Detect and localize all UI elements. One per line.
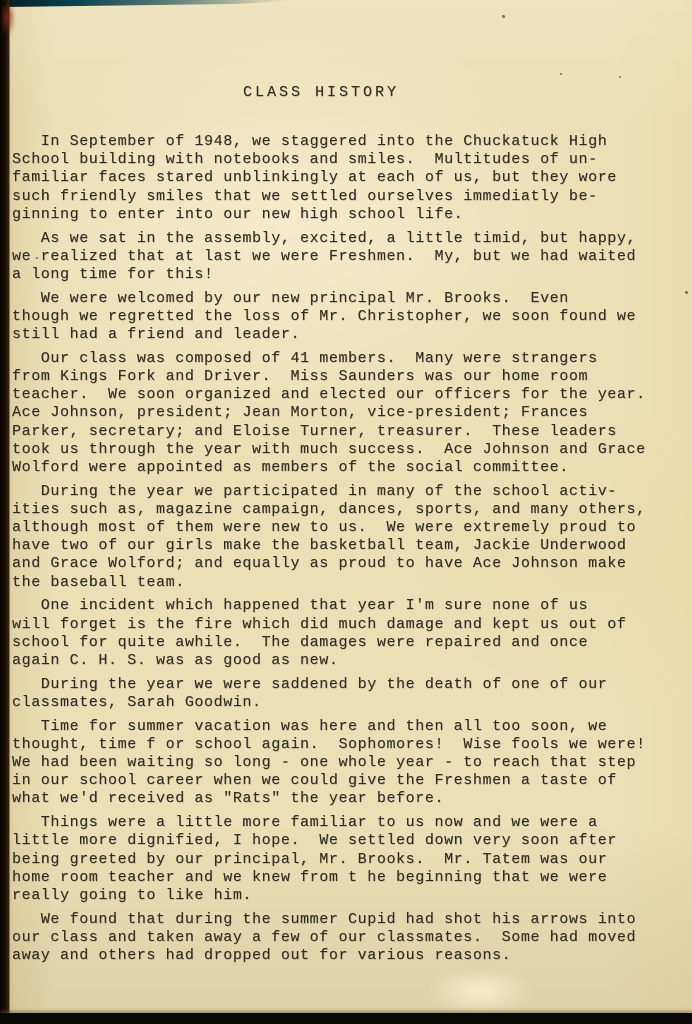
paragraph-activities: During the year we participated in many …	[12, 483, 674, 592]
paper-stain	[428, 968, 533, 1014]
paragraph-principal-welcome: We were welcomed by our new principal Mr…	[12, 290, 674, 345]
scan-bottom-edge	[0, 1013, 692, 1024]
page-title: CLASS HISTORY	[243, 84, 674, 102]
paragraph-freshman-arrival: In September of 1948, we staggered into …	[12, 133, 674, 224]
paragraph-classmate-death: During the year we were saddened by the …	[12, 676, 674, 712]
page-content: CLASS HISTORY In September of 1948, we s…	[0, 0, 692, 971]
paragraph-new-teachers: Things were a little more familiar to us…	[12, 814, 674, 905]
scanned-yearbook-page: CLASS HISTORY In September of 1948, we s…	[0, 0, 692, 1024]
paragraph-cupid: We found that during the summer Cupid ha…	[12, 911, 674, 966]
paragraph-assembly: As we sat in the assembly, excited, a li…	[12, 230, 674, 285]
paragraph-class-officers: Our class was composed of 41 members. Ma…	[12, 350, 674, 477]
paragraph-fire-incident: One incident which happened that year I'…	[12, 597, 674, 670]
paragraph-sophomore-year: Time for summer vacation was here and th…	[12, 718, 674, 809]
